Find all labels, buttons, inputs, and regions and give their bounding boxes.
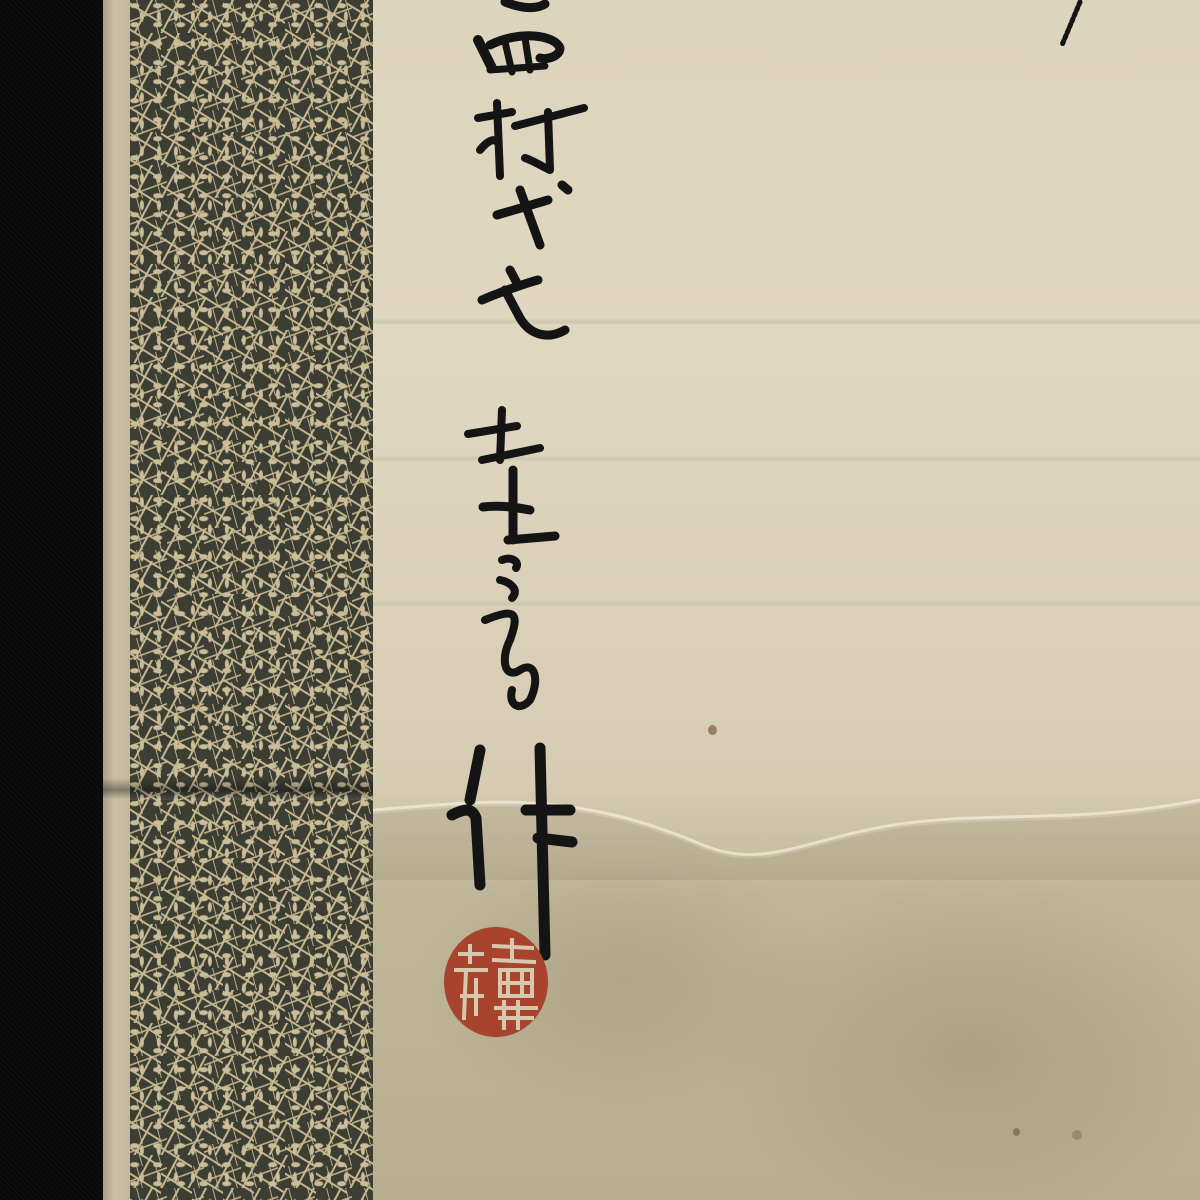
paper-crease — [373, 455, 1200, 463]
brocade-fold-shadow — [103, 778, 373, 800]
foxing-spot — [708, 725, 717, 735]
artist-seal — [442, 926, 550, 1038]
paper-crease — [373, 318, 1200, 326]
foxing-spot — [1013, 1128, 1020, 1136]
paper-wrinkle-fold — [373, 770, 1200, 880]
foxing-spot — [1072, 1130, 1082, 1140]
mounting-border — [103, 0, 131, 1200]
backdrop-cloth — [0, 0, 106, 1200]
paper-crease — [373, 600, 1200, 608]
brocade-mounting-panel — [130, 0, 373, 1200]
